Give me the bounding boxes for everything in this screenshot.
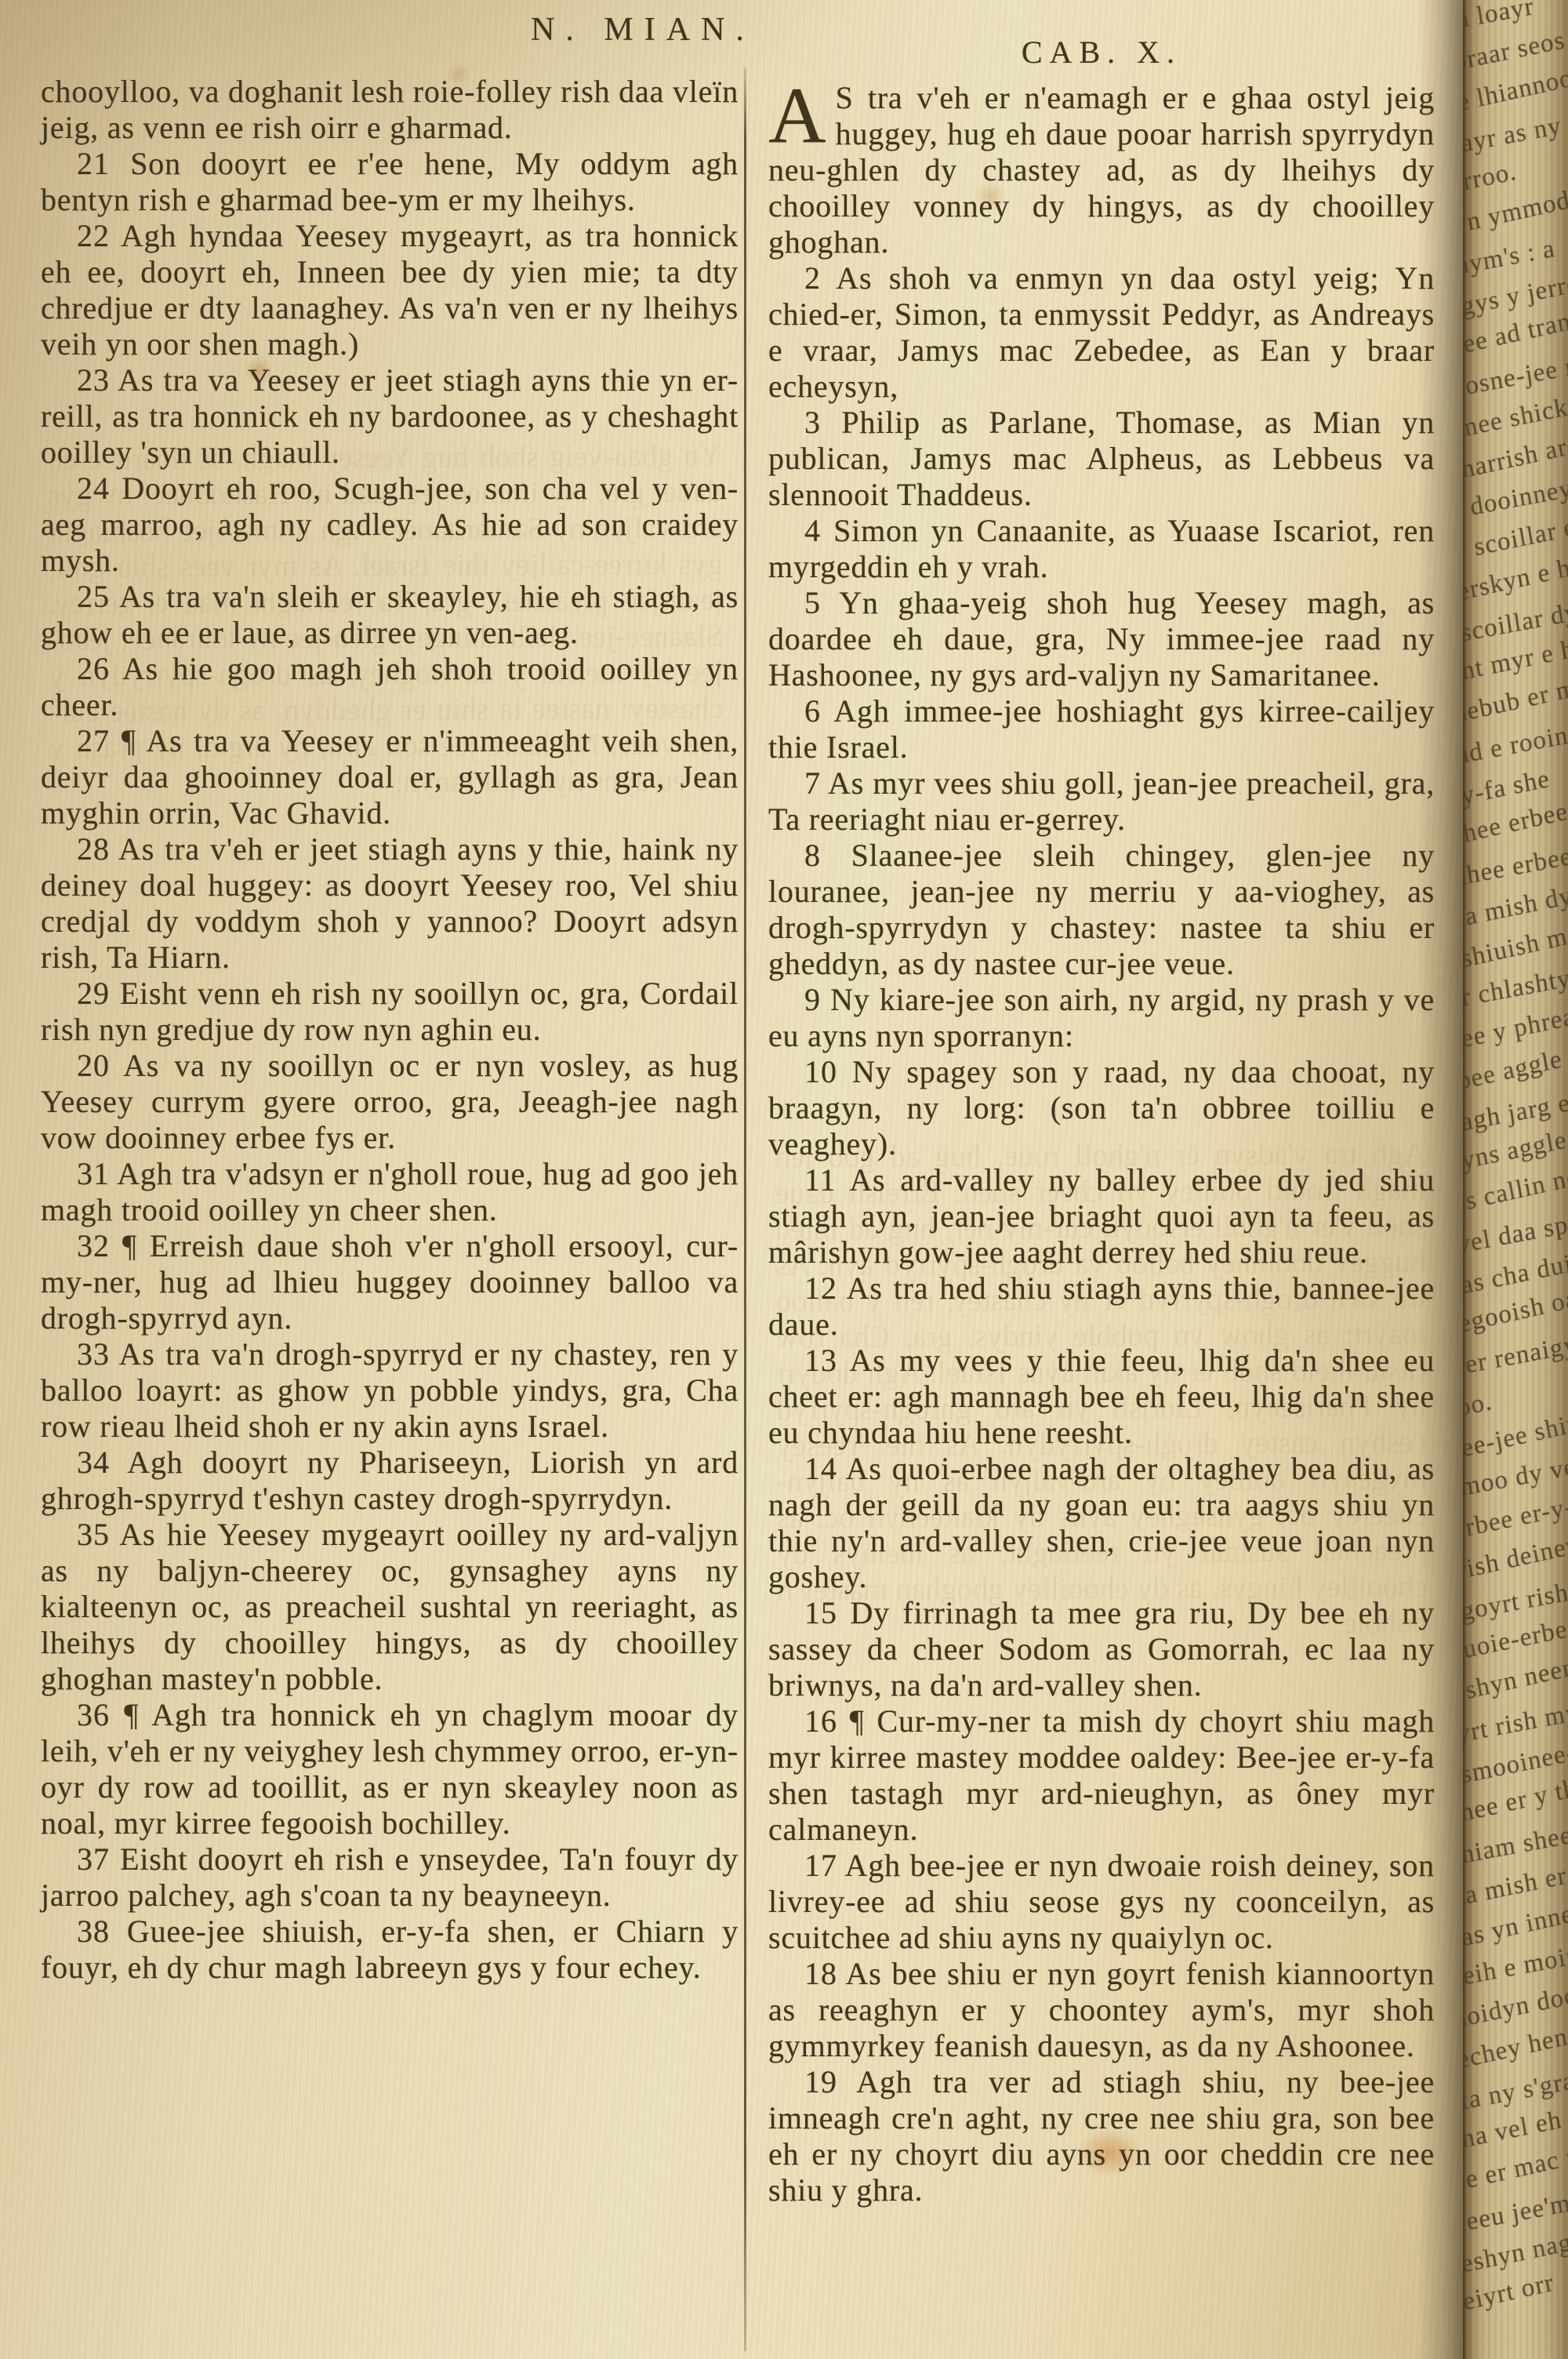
verse-number: 13 xyxy=(804,1343,837,1378)
verse-paragraph: 20 As va ny sooillyn oc er nyn vosley, a… xyxy=(41,1048,739,1156)
verse-number: 24 xyxy=(77,471,110,506)
verse-number: 23 xyxy=(77,362,110,398)
verse-paragraph: 26 As hie goo magh jeh shoh trooid ooill… xyxy=(41,651,739,723)
verse-paragraph: 19 Agh tra ver ad stiagh shiu, ny bee-je… xyxy=(768,2064,1435,2208)
edge-text-fragment: geiyrt orr xyxy=(1463,2269,1556,2320)
verse-paragraph: 7 As myr vees shiu goll, jean-jee preach… xyxy=(768,765,1435,838)
verse-paragraph: 36 ¶ Agh tra honnick eh yn chaglym mooar… xyxy=(41,1697,739,1841)
verse-number: 22 xyxy=(77,218,110,253)
verse-paragraph: 17 Agh bee-jee er nyn dwoaie roish deine… xyxy=(768,1848,1435,1956)
verse-paragraph: AS tra v'eh er n'eamagh er e ghaa ostyl … xyxy=(768,80,1435,260)
verse-number: 21 xyxy=(77,146,110,181)
verse-paragraph: 14 As quoi-erbee nagh der oltaghey bea d… xyxy=(768,1451,1435,1595)
verse-paragraph: 31 Agh tra v'adsyn er n'gholl roue, hug … xyxy=(41,1156,739,1228)
verse-paragraph: 28 As tra v'eh er jeet stiagh ayns y thi… xyxy=(41,831,739,976)
verse-paragraph: 10 Ny spagey son y raad, ny daa chooat, … xyxy=(768,1054,1435,1162)
verse-number: 4 xyxy=(804,513,821,548)
verse-number: 18 xyxy=(804,1956,837,1991)
scanned-book-page: { "running_head": "N. MIAN.", "colors": … xyxy=(0,0,1568,2359)
verse-number: 31 xyxy=(77,1156,110,1191)
verse-number: 26 xyxy=(77,651,110,686)
chapter-heading: CAB. X. xyxy=(768,35,1435,71)
verse-paragraph: 16 ¶ Cur-my-ner ta mish dy choyrt shiu m… xyxy=(768,1703,1435,1848)
verse-number: 8 xyxy=(804,838,821,873)
verse-number: 3 xyxy=(804,405,821,440)
verse-paragraph: 27 ¶ As tra va Yeesey er n'immeeaght vei… xyxy=(41,723,739,831)
verse-number: 35 xyxy=(77,1517,110,1552)
verse-paragraph: 32 ¶ Erreish daue shoh v'er n'gholl erso… xyxy=(41,1228,739,1336)
verse-paragraph: 22 Agh hyndaa Yeesey mygeayrt, as tra ho… xyxy=(41,218,739,362)
verse-number: 20 xyxy=(77,1048,110,1083)
verse-number: 32 ¶ xyxy=(77,1228,137,1263)
verse-continuation-paragraph: chooylloo, va doghanit lesh roie-folley … xyxy=(41,74,739,146)
verse-paragraph: 34 Agh dooyrt ny Phariseeyn, Liorish yn … xyxy=(41,1445,739,1517)
verse-paragraph: 35 As hie Yeesey mygeayrt ooilley ny ard… xyxy=(41,1517,739,1697)
verse-number: 11 xyxy=(804,1162,837,1198)
edge-text-fragment: oo. xyxy=(1463,1387,1494,1422)
verse-paragraph: 25 As tra va'n sleih er skeayley, hie eh… xyxy=(41,579,739,651)
verse-number: 19 xyxy=(804,2064,837,2099)
verse-paragraph: 23 As tra va Yeesey er jeet stiagh ayns … xyxy=(41,362,739,471)
edge-text-fragment: e lhiannoo xyxy=(1463,64,1568,117)
verse-number: 7 xyxy=(804,765,821,801)
verse-paragraph: 24 Dooyrt eh roo, Scugh-jee, son cha vel… xyxy=(41,471,739,579)
verse-number: 37 xyxy=(77,1841,110,1877)
verse-number: 25 xyxy=(77,579,110,614)
verse-number: 17 xyxy=(804,1848,837,1883)
verse-paragraph: 18 As bee shiu er nyn goyrt fenish kiann… xyxy=(768,1956,1435,2064)
verse-number: 9 xyxy=(804,982,821,1017)
right-verse-list: 2 As shoh va enmyn yn daa ostyl yeig; Yn… xyxy=(768,260,1435,2208)
verse-paragraph: 6 Agh immee-jee hoshiaght gys kirree-cai… xyxy=(768,693,1435,765)
verse-paragraph: 5 Yn ghaa-yeig shoh hug Yeesey magh, as … xyxy=(768,585,1435,693)
verse-number: 34 xyxy=(77,1445,110,1480)
edge-text-fragment: ayr as ny xyxy=(1463,111,1563,158)
verse-number: 36 ¶ xyxy=(77,1697,139,1732)
edge-text-fragment: feeu jee'm. xyxy=(1463,2187,1568,2237)
verse-paragraph: 4 Simon yn Canaanite, as Yuaase Iscariot… xyxy=(768,513,1435,585)
verse-number: 38 xyxy=(77,1914,110,1949)
left-verse-list: 21 Son dooyrt ee r'ee hene, My oddym agh… xyxy=(41,146,739,1986)
verse-paragraph: 8 Slaanee-jee sleih chingey, glen-jee ny… xyxy=(768,838,1435,982)
verse-paragraph: 37 Eisht dooyrt eh rish e ynseydee, Ta'n… xyxy=(41,1841,739,1914)
verse-paragraph: 38 Guee-jee shiuish, er-y-fa shen, er Ch… xyxy=(41,1914,739,1986)
verse-number: 2 xyxy=(804,260,821,296)
verse-paragraph: 3 Philip as Parlane, Thomase, as Mian yn… xyxy=(768,405,1435,513)
verse-paragraph: 2 As shoh va enmyn yn daa ostyl yeig; Yn… xyxy=(768,260,1435,405)
edge-text-fragment: aym's : a xyxy=(1463,234,1557,281)
verse-paragraph: 12 As tra hed shiu stiagh ayns thie, ban… xyxy=(768,1270,1435,1343)
verse-text: S tra v'eh er n'eamagh er e ghaa ostyl j… xyxy=(768,80,1435,260)
edge-text-fragment: orroo. xyxy=(1463,158,1519,199)
verse-number: 29 xyxy=(77,976,110,1011)
verse-number: 5 xyxy=(804,585,821,620)
gutter-shadow xyxy=(1417,0,1463,2359)
verse-paragraph: 13 As my vees y thie feeu, lhig da'n she… xyxy=(768,1343,1435,1451)
edge-text-fragment: ta loayr xyxy=(1463,0,1536,36)
verse-number: 15 xyxy=(804,1595,837,1630)
verse-number: 6 xyxy=(804,693,821,729)
verse-paragraph: 33 As tra va'n drogh-spyrryd er ny chast… xyxy=(41,1336,739,1445)
verse-number: 16 ¶ xyxy=(804,1703,865,1739)
verse-number: 28 xyxy=(77,831,110,867)
verse-paragraph: 11 As ard-valley ny balley erbee dy jed … xyxy=(768,1162,1435,1270)
verse-number: 14 xyxy=(804,1451,837,1486)
left-column: chooylloo, va doghanit lesh roie-folley … xyxy=(41,74,739,1986)
verse-paragraph: 29 Eisht venn eh rish ny sooillyn oc, gr… xyxy=(41,976,739,1048)
verse-paragraph: 21 Son dooyrt ee r'ee hene, My oddym agh… xyxy=(41,146,739,218)
opposite-page-edge: ta loayrbraar seose lhiannooayr as nyorr… xyxy=(1463,0,1568,2359)
verse-number: 27 ¶ xyxy=(77,723,136,758)
verse-number: 10 xyxy=(804,1054,837,1089)
verse-number: 12 xyxy=(804,1270,837,1306)
verse-number: 33 xyxy=(77,1336,110,1372)
right-column: CAB. X. AS tra v'eh er n'eamagh er e gha… xyxy=(768,35,1435,2208)
drop-cap: A xyxy=(768,80,836,147)
verse-paragraph: 9 Ny kiare-jee son airh, ny argid, ny pr… xyxy=(768,982,1435,1054)
verse-paragraph: 15 Dy firrinagh ta mee gra riu, Dy bee e… xyxy=(768,1595,1435,1703)
column-divider xyxy=(744,67,746,2351)
